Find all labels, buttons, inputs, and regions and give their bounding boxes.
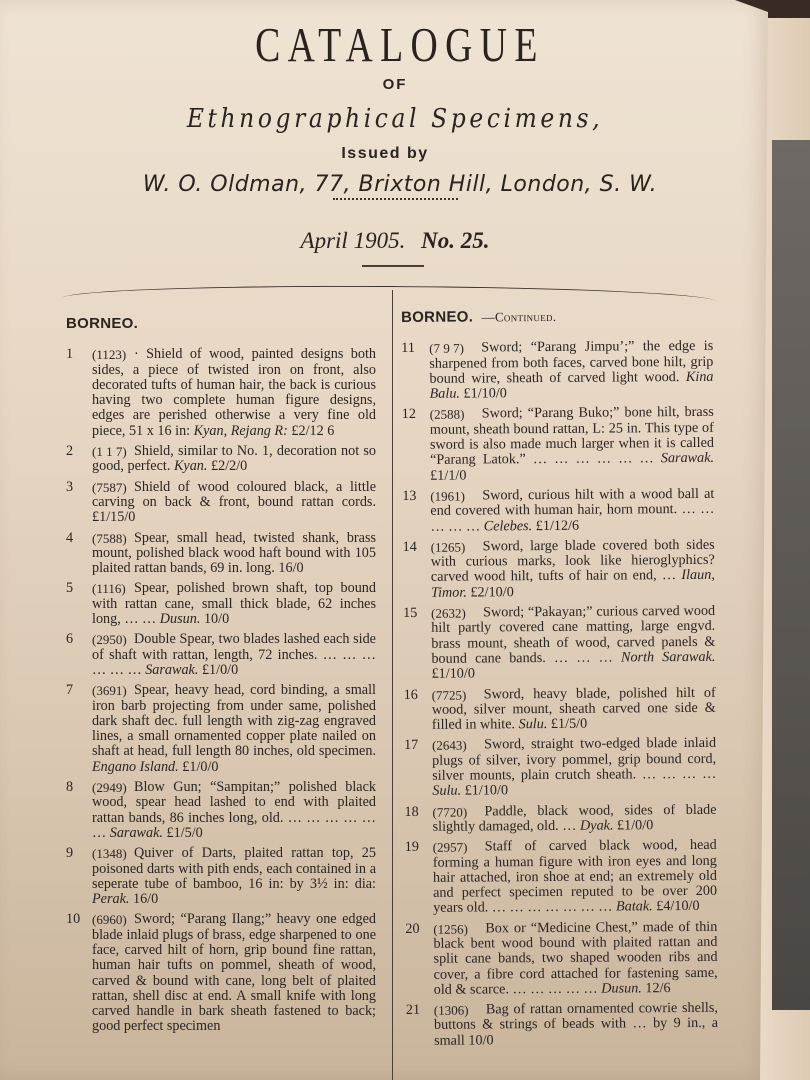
item-reference: (1123) xyxy=(92,347,126,362)
item-description: Blow Gun; “Sampitan;” polished black woo… xyxy=(92,780,376,841)
item-number: 6 xyxy=(66,632,73,647)
catalogue-item: 20 (1256) Box or “Medicine Chest,” made … xyxy=(405,919,718,998)
item-reference: (1256) xyxy=(433,921,468,937)
item-reference: (2950) xyxy=(92,632,127,647)
item-locality: Batak. xyxy=(616,899,656,915)
catalogue-item: 11 (7 9 7) Sword; “Parang Jimpu’;” the e… xyxy=(401,339,713,402)
item-reference: (7720) xyxy=(432,804,467,820)
right-column: BORNEO. —Continued. 11 (7 9 7) Sword; “P… xyxy=(401,308,718,1054)
item-footer: Kyan, Rejang R: £2/12 6 xyxy=(194,423,335,439)
item-description: Bag of rattan ornamented cowrie shells, … xyxy=(434,1001,718,1049)
item-price: 12/6 xyxy=(645,980,670,996)
item-number: 7 xyxy=(66,683,73,698)
item-price: £1/5/0 xyxy=(551,716,587,732)
item-number: 21 xyxy=(406,1003,420,1018)
item-reference: (2632) xyxy=(431,606,466,622)
catalogue-item: 15 (2632) Sword; “Pakayan;” curious carv… xyxy=(403,604,716,683)
item-locality: Kyan. xyxy=(174,458,211,474)
catalogue-item: 17 (2643) Sword, straight two-edged blad… xyxy=(404,736,716,799)
item-text: Paddle, black wood, sides of blade sligh… xyxy=(433,801,717,834)
item-locality: Sarawak. xyxy=(661,450,714,466)
item-text: Spear, polished brown shaft, top bound w… xyxy=(92,580,376,627)
item-price: £1/0/0 xyxy=(617,817,653,833)
item-reference: (7725) xyxy=(432,687,467,703)
item-number: 9 xyxy=(66,846,73,861)
item-description: Sword; “Pakayan;” curious carved wood hi… xyxy=(431,604,716,682)
item-number: 13 xyxy=(402,489,416,504)
item-reference: (7588) xyxy=(92,531,127,546)
item-text: Sword; “Parang Jimpu’;” the edge is shar… xyxy=(429,338,713,387)
item-locality: Kyan, Rejang R: xyxy=(194,423,292,439)
publisher: W. O. Oldman, 77, Brixton Hill, London, … xyxy=(0,172,800,197)
catalogue-item: 3 (7587) Shield of wood coloured black, … xyxy=(66,480,376,526)
item-price: £1/5/0 xyxy=(166,825,202,841)
item-locality: Celebes. xyxy=(484,518,536,534)
item-description: Box or “Medicine Chest,” made of thin bl… xyxy=(433,919,718,997)
item-description: Spear, polished brown shaft, top bound w… xyxy=(92,581,376,627)
section-heading: BORNEO. xyxy=(66,316,376,331)
item-number: 2 xyxy=(66,444,73,459)
item-list: 1 (1123) · Shield of wood, painted desig… xyxy=(66,347,376,1034)
catalogue-item: 16 (7725) Sword, heavy blade, polished h… xyxy=(404,685,716,733)
item-price: £2/12 6 xyxy=(291,423,334,439)
item-footer: Sarawak. £1/5/0 xyxy=(110,825,203,841)
item-locality: Sulu. xyxy=(519,716,551,732)
item-description: Sword; “Parang Ilang;” heavy one edged b… xyxy=(92,912,376,1034)
item-footer: Dusun. 10/0 xyxy=(160,611,229,627)
item-footer: Kyan. £2/2/0 xyxy=(174,458,247,474)
item-number: 12 xyxy=(402,407,416,422)
section-heading: BORNEO. xyxy=(401,308,473,326)
title-of: OF xyxy=(0,76,790,93)
item-reference: (3691) xyxy=(92,683,127,698)
item-number: 19 xyxy=(405,840,419,855)
item-number: 10 xyxy=(66,912,80,927)
item-text: Sword, straight two-edged blade inlaid p… xyxy=(432,735,716,784)
catalogue-page: CATALOGUE OF Ethnographical Specimens, I… xyxy=(0,0,768,1080)
item-footer: 10/0 xyxy=(468,1032,493,1048)
item-number: 15 xyxy=(403,606,417,621)
item-text: Spear, heavy head, cord binding, a small… xyxy=(92,682,376,759)
item-number: 20 xyxy=(405,922,419,937)
item-reference: (1961) xyxy=(430,489,465,505)
item-price: 10/0 xyxy=(204,611,229,627)
item-number: 8 xyxy=(66,780,73,795)
item-price: £2/2/0 xyxy=(211,458,247,474)
catalogue-item: 2 (1 1 7) Shield, similar to No. 1, deco… xyxy=(66,444,376,475)
item-description: Shield, similar to No. 1, decoration not… xyxy=(92,444,376,475)
item-reference: (2588) xyxy=(430,407,465,423)
catalogue-item: 21 (1306) Bag of rattan ornamented cowri… xyxy=(406,1001,718,1049)
item-text: Sword, large blade covered both sides wi… xyxy=(431,537,715,586)
item-footer: Dusun. 12/6 xyxy=(601,980,671,996)
catalogue-item: 18 (7720) Paddle, black wood, sides of b… xyxy=(404,802,716,835)
item-footer: Sulu. £1/10/0 xyxy=(432,783,508,800)
item-price: £1/10/0 xyxy=(465,783,508,799)
catalogue-item: 8 (2949) Blow Gun; “Sampitan;” polished … xyxy=(66,780,376,841)
item-text: Spear, small head, twisted shank, brass … xyxy=(92,530,376,577)
item-reference: (1306) xyxy=(434,1003,469,1019)
subtitle: Ethnographical Specimens, xyxy=(40,104,751,134)
item-number: 4 xyxy=(66,531,73,546)
item-description: Sword, heavy blade, polished hilt of woo… xyxy=(432,685,716,733)
item-description: Sword, curious hilt with a wood ball at … xyxy=(430,487,714,535)
continued-label: —Continued. xyxy=(482,309,557,325)
issue-number: No. 25. xyxy=(421,228,489,253)
item-locality: North Sarawak. xyxy=(621,649,716,666)
short-divider xyxy=(362,265,424,267)
item-reference: (7587) xyxy=(92,480,127,495)
item-description: Spear, small head, twisted shank, brass … xyxy=(92,531,376,577)
catalogue-item: 6 (2950) Double Spear, two blades lashed… xyxy=(66,632,376,678)
item-reference: (1265) xyxy=(431,539,466,555)
item-price: £4/10/0 xyxy=(656,898,699,914)
item-footer: Engano Island. £1/0/0 xyxy=(92,759,219,775)
item-description: Shield of wood coloured black, a little … xyxy=(92,480,376,526)
item-description: Double Spear, two blades lashed each sid… xyxy=(92,632,376,678)
item-locality: Dusun. xyxy=(160,611,204,627)
item-footer: Batak. £4/10/0 xyxy=(616,898,700,915)
item-list: 11 (7 9 7) Sword; “Parang Jimpu’;” the e… xyxy=(401,339,718,1049)
item-number: 16 xyxy=(404,687,418,702)
item-text: Quiver of Darts, plaited rattan top, 25 … xyxy=(92,845,376,892)
item-number: 11 xyxy=(401,341,415,356)
column-divider xyxy=(392,290,393,1080)
item-footer: 16/0 xyxy=(278,560,303,576)
catalogue-item: 12 (2588) Sword; “Parang Buko;” bone hil… xyxy=(402,405,715,484)
item-number: 1 xyxy=(66,347,73,362)
item-footer: Celebes. £1/12/6 xyxy=(484,517,579,534)
item-number: 18 xyxy=(404,804,418,819)
item-reference: (2643) xyxy=(432,738,467,754)
date-text: April 1905. xyxy=(301,228,406,253)
item-text: Box or “Medicine Chest,” made of thin bl… xyxy=(433,918,717,997)
item-locality: Sarawak. xyxy=(145,662,202,678)
catalogue-item: 9 (1348) Quiver of Darts, plaited rattan… xyxy=(66,846,376,907)
item-footer: Perak. 16/0 xyxy=(92,891,158,907)
item-footer: Sulu. £1/5/0 xyxy=(519,716,588,732)
item-description: Quiver of Darts, plaited rattan top, 25 … xyxy=(92,846,376,907)
catalogue-item: 19 (2957) Staff of carved black wood, he… xyxy=(405,838,718,917)
item-price: £1/1/0 xyxy=(430,467,466,483)
item-reference: (1348) xyxy=(92,846,127,861)
left-column: BORNEO. 1 (1123) · Shield of wood, paint… xyxy=(66,316,376,1040)
catalogue-item: 1 (1123) · Shield of wood, painted desig… xyxy=(66,347,376,439)
item-description: Sword, large blade covered both sides wi… xyxy=(431,538,715,601)
issue-date: April 1905. No. 25. xyxy=(0,228,790,254)
item-number: 5 xyxy=(66,581,73,596)
item-price: £1/15/0 xyxy=(92,509,135,525)
item-reference: (1116) xyxy=(92,581,126,596)
catalogue-item: 13 (1961) Sword, curious hilt with a woo… xyxy=(402,487,714,535)
item-locality: Engano Island. xyxy=(92,759,182,775)
section-heading-continued: BORNEO. —Continued. xyxy=(401,308,713,325)
item-locality: Perak. xyxy=(92,891,133,907)
item-reference: (2957) xyxy=(433,840,468,856)
catalogue-item: 10 (6960) Sword; “Parang Ilang;” heavy o… xyxy=(66,912,376,1034)
item-locality: Dyak. xyxy=(580,817,617,833)
item-reference: (1 1 7) xyxy=(92,444,127,459)
background-shadow xyxy=(772,140,810,1010)
item-price: £1/0/0 xyxy=(202,662,238,678)
item-footer: Sarawak. £1/0/0 xyxy=(145,662,238,678)
catalogue-item: 5 (1116) Spear, polished brown shaft, to… xyxy=(66,581,376,627)
dotted-divider xyxy=(333,198,458,200)
item-price: 10/0 xyxy=(468,1032,493,1048)
item-reference: (6960) xyxy=(92,912,127,927)
item-description: Sword, straight two-edged blade inlaid p… xyxy=(432,736,716,799)
item-text: Sword; “Parang Ilang;” heavy one edged b… xyxy=(92,911,376,1034)
item-text: Shield of wood coloured black, a little … xyxy=(92,479,376,510)
catalogue-item: 14 (1265) Sword, large blade covered bot… xyxy=(403,538,715,601)
item-price: £1/12/6 xyxy=(536,517,579,533)
item-number: 14 xyxy=(403,540,417,555)
item-description: Sword; “Parang Buko;” bone hilt, brass m… xyxy=(430,405,715,483)
item-number: 3 xyxy=(66,480,73,495)
item-locality: Sarawak. xyxy=(110,825,167,841)
item-locality: Dusun. xyxy=(601,980,645,996)
item-description: Staff of carved black wood, head forming… xyxy=(433,838,718,916)
item-description: Spear, heavy head, cord binding, a small… xyxy=(92,683,376,775)
item-price: 16/0 xyxy=(133,891,158,907)
item-description: · Shield of wood, painted designs both s… xyxy=(92,347,376,439)
item-description: Paddle, black wood, sides of blade sligh… xyxy=(432,802,716,835)
page-title: CATALOGUE xyxy=(72,17,728,73)
issued-by: Issued by xyxy=(0,145,770,163)
catalogue-item: 4 (7588) Spear, small head, twisted shan… xyxy=(66,531,376,577)
item-price: £1/10/0 xyxy=(431,666,474,682)
item-description: Sword; “Parang Jimpu’;” the edge is shar… xyxy=(429,339,713,402)
item-price: £1/0/0 xyxy=(182,759,218,775)
item-price: £2/10/0 xyxy=(470,584,513,600)
item-footer: Dyak. £1/0/0 xyxy=(580,817,653,834)
item-price: £1/10/0 xyxy=(463,385,506,401)
item-footer: £1/15/0 xyxy=(92,509,135,525)
catalogue-item: 7 (3691) Spear, heavy head, cord binding… xyxy=(66,683,376,775)
item-reference: (7 9 7) xyxy=(429,341,464,357)
item-reference: (2949) xyxy=(92,780,127,795)
item-number: 17 xyxy=(404,738,418,753)
item-price: 16/0 xyxy=(278,560,303,576)
item-locality: Sulu. xyxy=(432,783,464,799)
